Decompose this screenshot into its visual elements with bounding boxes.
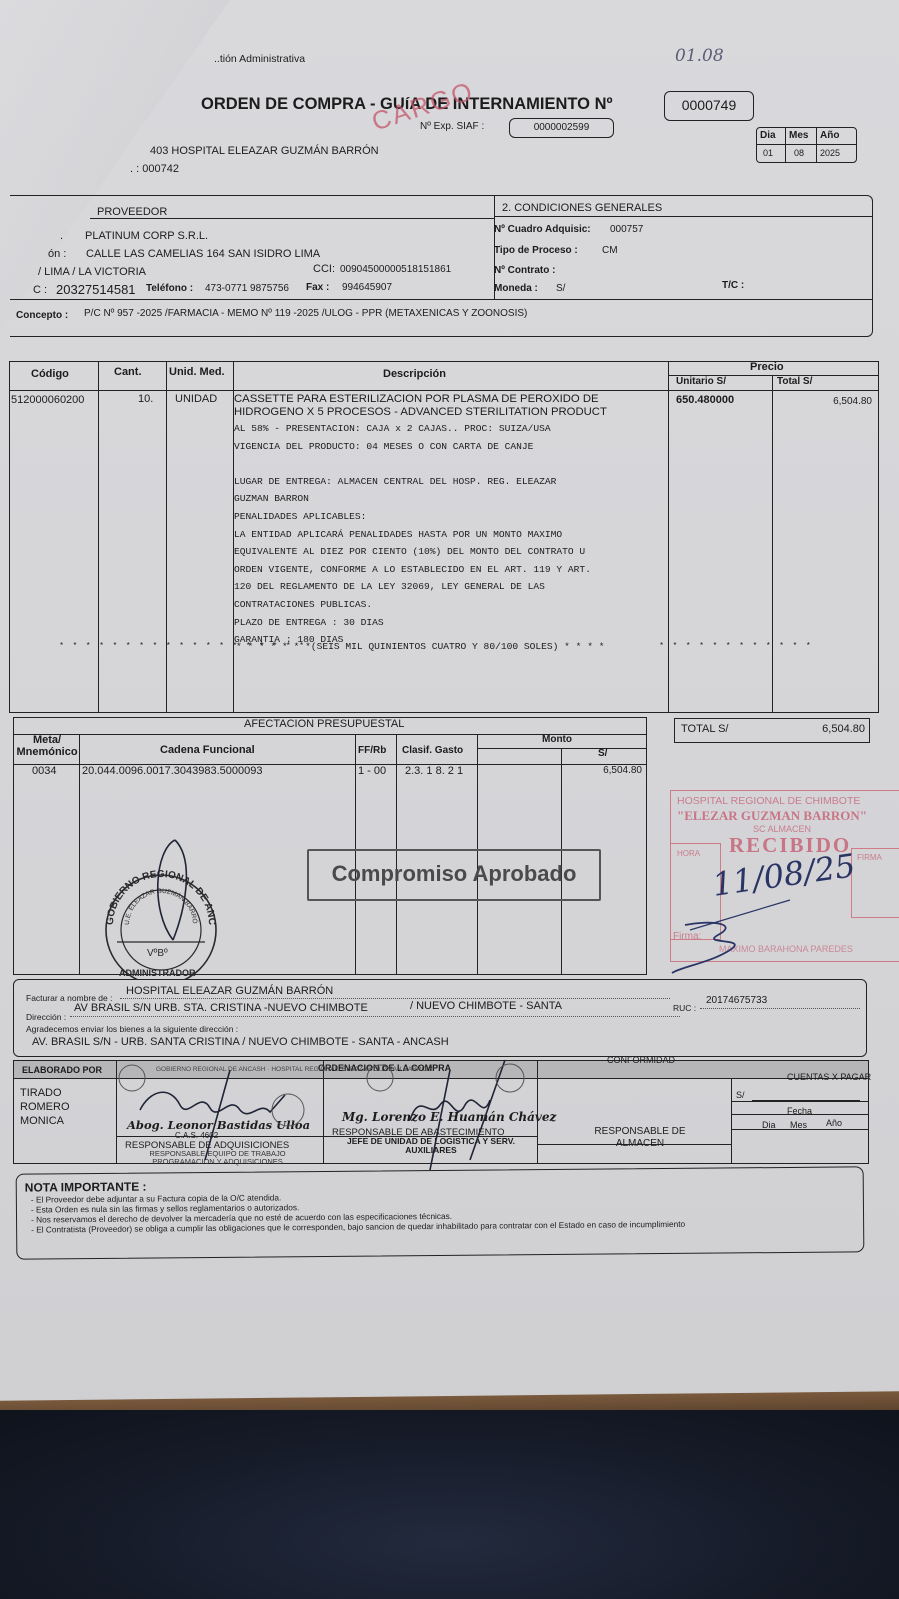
amount-in-words: * * * * * * *(SEIS MIL QUINIENTOS CUATRO… [236,641,604,652]
svg-text:GOBIERNO REGIONAL DE ANCASH: GOBIERNO REGIONAL DE ANCASH [95,830,217,925]
desc-line: CASSETTE PARA ESTERILIZACION POR PLASMA … [234,393,607,406]
almacen-role: RESPONSABLE DE ALMACEN [585,1126,695,1150]
date-year-label: Año [820,130,839,141]
desc-line: HIDROGENO X 5 PROCESOS - ADVANCED STERIL… [234,406,607,419]
siaf-number-box: 0000002599 [509,118,614,138]
desc-line: GUZMAN BARRON [234,490,591,508]
direccion-label: Dirección : [26,1012,66,1022]
cci-value: 00904500000518151861 [340,264,451,275]
col-ff: FF/Rb [358,745,386,756]
background-fabric [0,1410,899,1599]
desc-line: LUGAR DE ENTREGA: ALMACEN CENTRAL DEL HO… [234,473,591,491]
col-meta: Meta/ Mnemónico [14,734,80,758]
desc-line: PLAZO DE ENTREGA : 30 DIAS [234,614,591,632]
col-cant: Cant. [114,366,142,378]
col-codigo: Código [31,368,69,380]
desc-line [234,455,591,473]
fax-label: Fax : [306,282,329,293]
admin-seal-icon: GOBIERNO REGIONAL DE ANCASH U.E. ELEAZAR… [95,830,225,980]
provider-district: / LIMA / LA VICTORIA [38,266,146,278]
item-unitario: 650.480000 [676,394,734,406]
notes-box: NOTA IMPORTANTE : - El Proveedor debe ad… [16,1166,865,1259]
moneda-label: Moneda : [494,283,538,294]
entity-code: . : 000742 [130,163,179,175]
conformidad-label: CONFORMIDAD [607,1055,675,1065]
desc-line: VIGENCIA DEL PRODUCTO: 04 MESES O CON CA… [234,438,591,456]
provider-name: PLATINUM CORP S.R.L. [85,230,208,242]
item-description-detail: AL 58% - PRESENTACION: CAJA x 2 CAJAS.. … [234,420,591,649]
col-monto: Monto [542,734,572,745]
provider-name-label: . [60,230,63,242]
date-day-label: Dia [760,130,776,141]
signatures-ink-icon [110,1050,550,1180]
desc-line: PENALIDADES APLICABLES: [234,508,591,526]
elaborado-label: ELABORADO POR [22,1065,102,1075]
col-precio: Precio [750,361,784,373]
total-box: TOTAL S/ 6,504.80 [674,718,870,743]
col-cadena: Cadena Funcional [160,744,255,756]
siaf-number: 0000002599 [510,122,613,133]
received-stamp-line1: HOSPITAL REGIONAL DE CHIMBOTE [677,795,860,807]
filler-dots: * * * * * * * * * * * * [660,641,814,650]
col-unitario: Unitario S/ [676,376,726,387]
order-number-box: 0000749 [664,91,754,121]
facturar-value: HOSPITAL ELEAZAR GUZMÁN BARRÓN [126,985,333,997]
tipo-label: Tipo de Proceso : [494,245,578,256]
col-descripcion: Descripción [383,368,446,380]
item-codigo: 512000060200 [11,394,84,406]
elaborado-name: TIRADO ROMERO MONICA [20,1086,112,1128]
signature-scribble-icon [670,895,810,975]
svg-text:VºBº: VºBº [147,948,168,959]
concepto-label: Concepto : [16,310,68,321]
tipo-value: CM [602,245,618,256]
cuentas-currency: S/ [736,1090,745,1100]
fecha-month: Mes [790,1120,807,1130]
contrato-label: Nº Contrato : [494,265,555,276]
desc-line: EQUIVALENTE AL DIEZ POR CIENTO (10%) DEL… [234,543,591,561]
cuadro-value: 000757 [610,224,643,235]
notes-list: - El Proveedor debe adjuntar a su Factur… [31,1189,685,1235]
office-name: ..tión Administrativa [214,53,305,65]
billing-ruc: 20174675733 [706,995,767,1006]
concepto-value: P/C Nº 957 -2025 /FARMACIA - MEMO Nº 119… [84,308,527,319]
col-unid: Unid. Med. [169,366,225,378]
siaf-label: Nº Exp. SIAF : [420,121,484,132]
fecha-year: Año [826,1118,842,1128]
entity-line: 403 HOSPITAL ELEAZAR GUZMÁN BARRÓN [150,145,379,157]
budget-clasif: 2.3. 1 8. 2 1 [405,765,463,777]
approval-stamp: Compromiso Aprobado [307,849,601,901]
approval-stamp-text: Compromiso Aprobado [309,861,599,887]
desc-line: AL 58% - PRESENTACION: CAJA x 2 CAJAS.. … [234,420,591,438]
date-year: 2025 [820,148,840,158]
provider-address-label: ón : [48,248,66,260]
item-unid: UNIDAD [175,393,217,405]
desc-line: CONTRATACIONES PUBLICAS. [234,596,591,614]
direccion-value: AV BRASIL S/N URB. STA. CRISTINA -NUEVO … [74,1002,368,1014]
col-monto-currency: S/ [598,748,607,759]
conditions-title: 2. CONDICIONES GENERALES [502,202,662,214]
col-total: Total S/ [777,376,812,387]
direccion-city: / NUEVO CHIMBOTE - SANTA [410,1000,562,1012]
received-stamp-line2: "ELEZAR GUZMAN BARRON" [677,808,867,824]
desc-line: LA ENTIDAD APLICARÁ PENALIDADES HASTA PO… [234,526,591,544]
order-number: 0000749 [665,97,753,113]
fecha-label: Fecha [787,1106,812,1116]
total-value: 6,504.80 [822,723,865,735]
budget-ff: 1 - 00 [358,765,386,777]
fax-value: 994645907 [342,282,392,293]
col-clasif: Clasif. Gasto [402,745,463,756]
budget-title: AFECTACION PRESUPUESTAL [244,718,404,730]
phone-label: Teléfono : [146,283,193,294]
ruc-value: 20327514581 [56,282,136,297]
item-total: 6,504.80 [833,396,872,407]
moneda-value: S/ [556,283,565,294]
billing-ruc-label: RUC : [673,1003,696,1013]
item-cant: 10. [138,393,153,405]
budget-cadena: 20.044.0096.0017.3043983.5000093 [82,765,262,777]
document-page: ..tión Administrativa 01.08 ORDEN DE COM… [0,0,899,1430]
provider-title: PROVEEDOR [97,206,167,218]
date-box: Dia Mes Año 01 08 2025 [756,127,857,163]
cuadro-label: Nº Cuadro Adquisic: [494,224,591,235]
tc-label: T/C : [722,280,744,291]
item-description-main: CASSETTE PARA ESTERILIZACION POR PLASMA … [234,393,607,419]
desc-line: ORDEN VIGENTE, CONFORME A LO ESTABLECIDO… [234,561,591,579]
desc-line: 120 DEL REGLAMENTO DE LA LEY 32069, LEY … [234,578,591,596]
provider-address: CALLE LAS CAMELIAS 164 SAN ISIDRO LIMA [86,248,320,260]
phone-value: 473-0771 9875756 [205,283,289,294]
date-month: 08 [794,148,804,158]
date-day: 01 [763,148,773,158]
fecha-day: Dia [762,1120,776,1130]
hora-label: HORA [677,849,700,858]
firma-label: FIRMA [857,853,882,862]
cuentas-label: CUENTAS X PAGAR [787,1072,871,1082]
budget-monto: 6,504.80 [603,765,642,776]
budget-meta: 0034 [32,765,56,777]
total-label: TOTAL S/ [681,723,728,735]
svg-text:ADMINISTRADOR: ADMINISTRADOR [119,968,196,978]
envio-label: Agradecemos enviar los bienes a la sigui… [26,1024,238,1034]
date-month-label: Mes [789,130,808,141]
envio-value: AV. BRASIL S/N - URB. SANTA CRISTINA / N… [32,1036,449,1048]
cci-label: CCI: [313,263,335,275]
ruc-label: C : [33,284,47,296]
notes-title: NOTA IMPORTANTE : [25,1180,147,1195]
handwritten-note: 01.08 [675,46,724,66]
